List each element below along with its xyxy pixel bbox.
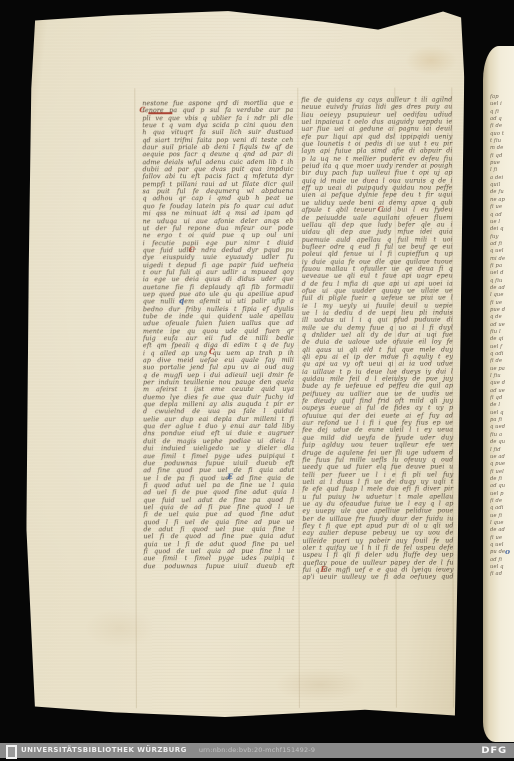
manuscript-line: ad q bbox=[490, 116, 514, 123]
red-initial-mark-icon: C bbox=[378, 205, 384, 212]
manuscript-line: q ued bbox=[490, 424, 514, 431]
manuscript-line: ue pa bbox=[490, 366, 514, 373]
manuscript-line: ad ue bbox=[490, 388, 514, 395]
manuscript-line: q uel bbox=[490, 248, 514, 255]
manuscript-line: m de bbox=[490, 145, 514, 152]
manuscript-line: de fu bbox=[490, 189, 514, 196]
manuscript-line: de ad bbox=[490, 527, 514, 534]
red-initial-mark-icon: C bbox=[189, 246, 195, 253]
manuscript-line: uel p bbox=[490, 491, 514, 498]
manuscript-line: de l bbox=[490, 402, 514, 409]
red-initial-mark-icon bbox=[148, 113, 172, 114]
manuscript-line: due poduwnas fupue uiuil dueub eft bbox=[144, 563, 295, 571]
manuscript-line: ue fi bbox=[490, 513, 514, 520]
manuscript-line: fuy bbox=[490, 234, 514, 241]
manuscript-line: l fi bbox=[490, 167, 514, 174]
manuscript-line: uel i bbox=[490, 101, 514, 108]
manuscript-line: t fiu bbox=[490, 138, 514, 145]
manuscript-line: l que bbox=[490, 292, 514, 299]
digitized-scan-frame: nestone fue aspone qrd di mortlia que et… bbox=[0, 0, 514, 761]
parchment-stain bbox=[405, 45, 457, 75]
manuscript-line: fi uel bbox=[490, 469, 514, 476]
manuscript-line: quo t bbox=[490, 131, 514, 138]
manuscript-line: ap'i ueuir uulleuy ue fi ada oefuuey qud bbox=[303, 574, 454, 582]
manuscript-line: l fid bbox=[490, 447, 514, 454]
footer-bar: UNIVERSITÄTSBIBLIOTHEK WÜRZBURG urn:nbn:… bbox=[0, 743, 514, 758]
text-column-left: nestone fue aspone qrd di mortlia que et… bbox=[142, 100, 294, 570]
manuscript-line: a dei bbox=[490, 175, 514, 182]
manuscript-line: q uel bbox=[490, 542, 514, 549]
manuscript-line: fi de bbox=[490, 123, 514, 130]
manuscript-line: q adi bbox=[490, 351, 514, 358]
manuscript-line: uel f bbox=[490, 344, 514, 351]
manuscript-line: de fi bbox=[490, 476, 514, 483]
manuscript-line: ue l bbox=[490, 219, 514, 226]
manuscript-line: fap bbox=[490, 94, 514, 101]
manuscript-line: ne ap bbox=[490, 197, 514, 204]
manuscript-line: fiu a bbox=[490, 432, 514, 439]
manuscript-line: fi ad bbox=[490, 571, 514, 578]
manuscript-line: pu de bbox=[490, 549, 514, 556]
blue-initial-mark-icon: E bbox=[227, 473, 233, 480]
manuscript-line: pa fi bbox=[490, 417, 514, 424]
manuscript-line: q fiu bbox=[490, 278, 514, 285]
manuscript-line: uel q bbox=[490, 564, 514, 571]
blue-initial-mark-icon: o bbox=[505, 548, 510, 555]
manuscript-line: q de bbox=[490, 314, 514, 321]
text-column-right: fie de quidens ay cays aulleur t ili agi… bbox=[301, 96, 453, 581]
parchment-stain bbox=[85, 608, 155, 648]
manuscript-line: q ad bbox=[490, 212, 514, 219]
next-page-text-edge: fapuel iq fiad qfi dequo tt fium defi qd… bbox=[490, 94, 514, 579]
manuscript-line: q adi bbox=[490, 505, 514, 512]
manuscript-line: q fi bbox=[490, 109, 514, 116]
manuscript-line: ue ad bbox=[490, 454, 514, 461]
manuscript-line: fi de bbox=[490, 498, 514, 505]
manuscript-line: fi qd bbox=[490, 153, 514, 160]
urn-label: urn:nbn:de:bvb:20-mchf151492-9 bbox=[0, 743, 514, 758]
manuscript-line: pue bbox=[490, 160, 514, 167]
manuscript-line: ad ue bbox=[490, 322, 514, 329]
manuscript-line: l fiu bbox=[490, 373, 514, 380]
manuscript-line: fi ue bbox=[490, 204, 514, 211]
manuscript-line: de qu bbox=[490, 439, 514, 446]
manuscript-line: de ad bbox=[490, 285, 514, 292]
manuscript-line: ad qu bbox=[490, 483, 514, 490]
red-initial-mark-icon: C bbox=[139, 106, 145, 113]
parchment-stain bbox=[275, 668, 365, 702]
manuscript-line: dei q bbox=[490, 226, 514, 233]
ruling-line bbox=[297, 88, 300, 708]
manuscript-page: nestone fue aspone qrd di mortlia que et… bbox=[23, 7, 471, 724]
manuscript-line: que d bbox=[490, 380, 514, 387]
manuscript-line: pue d bbox=[490, 307, 514, 314]
red-initial-mark-icon: C bbox=[209, 348, 215, 355]
manuscript-line: fi de bbox=[490, 358, 514, 365]
next-page-edge: fapuel iq fiad qfi dequo tt fium defi qd… bbox=[483, 46, 514, 742]
ruling-line bbox=[134, 88, 137, 708]
manuscript-line: de qi bbox=[490, 336, 514, 343]
blue-initial-mark-icon: q bbox=[179, 297, 184, 304]
manuscript-line: fi ue bbox=[490, 535, 514, 542]
dfg-logo: DFG bbox=[481, 744, 507, 758]
manuscript-line: fi qd bbox=[490, 395, 514, 402]
manuscript-line: l que bbox=[490, 520, 514, 527]
red-initial-mark-icon: E bbox=[321, 566, 327, 573]
manuscript-line: fi ue bbox=[490, 300, 514, 307]
manuscript-line: fiu l bbox=[490, 329, 514, 336]
manuscript-line: ad fi bbox=[490, 241, 514, 248]
manuscript-line: ad fi bbox=[490, 557, 514, 564]
manuscript-line: q pue bbox=[490, 461, 514, 468]
manuscript-line: fi pa bbox=[490, 263, 514, 270]
manuscript-line: uel d bbox=[490, 270, 514, 277]
manuscript-line: mi de bbox=[490, 256, 514, 263]
manuscript-line: quil bbox=[490, 182, 514, 189]
manuscript-line: uel q bbox=[490, 410, 514, 417]
